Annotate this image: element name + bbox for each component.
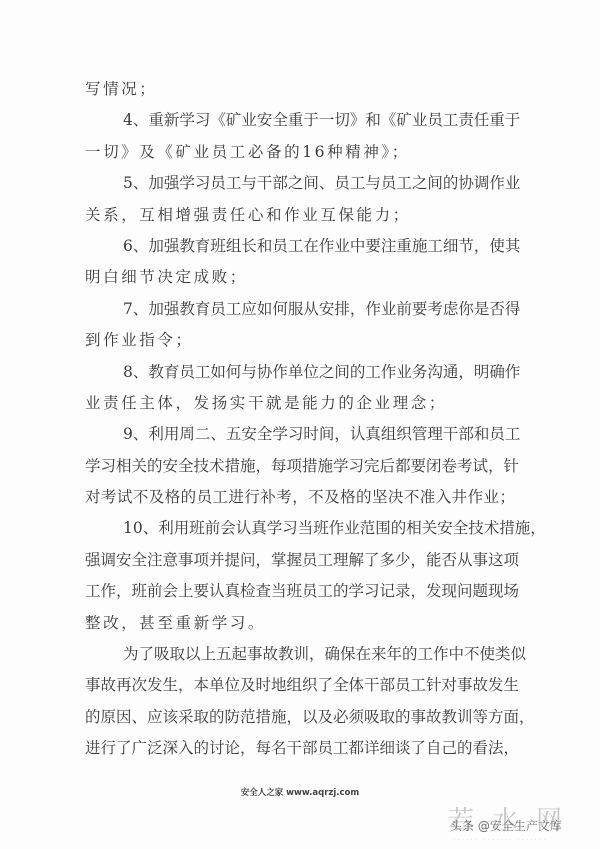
text-line: 强调安全注意事项并提问，掌握员工理解了多少，能否从事这项 (85, 545, 515, 576)
text-line: 8、教育员工如何与协作单位之间的工作业务沟通，明确作 (85, 357, 515, 388)
text-line: 9、利用周二、五安全学习时间，认真组织管理干部和员工 (85, 419, 515, 450)
text-line: 为了吸取以上五起事故教训，确保在来年的工作中不使类似 (85, 639, 515, 670)
watermark: 若水网 头条 @安全生产文库 ······ ······· ······· (440, 800, 600, 849)
text-line: 业责任主体，发扬实干就是能力的企业理念； (85, 388, 515, 419)
text-line: 学习相关的安全技术措施，每项措施学习完后都要闭卷考试，针 (85, 451, 515, 482)
text-line: 关系，互相增强责任心和作业互保能力； (85, 200, 515, 231)
watermark-caption: ······ ······· ······· (454, 837, 548, 842)
watermark-account: 头条 @安全生产文库 (450, 817, 562, 834)
text-line: 整改，甚至重新学习。 (85, 608, 515, 639)
document-body: 写情况；4、重新学习《矿业安全重于一切》和《矿业员工责任重于一切》及《矿业员工必… (85, 74, 515, 765)
text-line: 6、加强教育班组长和员工在作业中要注重施工细节，使其 (85, 231, 515, 262)
document-page: 写情况；4、重新学习《矿业安全重于一切》和《矿业员工责任重于一切》及《矿业员工必… (0, 0, 600, 849)
text-line: 到作业指令； (85, 325, 515, 356)
text-line: 对考试不及格的员工进行补考，不及格的坚决不准入井作业； (85, 482, 515, 513)
footer-source: 安全人之家 www.aqrzj.com (0, 786, 600, 798)
text-line: 10、利用班前会认真学习当班作业范围的相关安全技术措施， (85, 513, 515, 544)
text-line: 一切》及《矿业员工必备的16种精神》； (85, 137, 515, 168)
text-line: 5、加强学习员工与干部之间、员工与员工之间的协调作业 (85, 168, 515, 199)
text-line: 进行了广泛深入的讨论，每名干部员工都详细谈了自己的看法， (85, 733, 515, 764)
text-line: 的原因、应该采取的防范措施，以及必须吸取的事故教训等方面， (85, 702, 515, 733)
text-line: 写情况； (85, 74, 515, 105)
text-line: 事故再次发生，本单位及时地组织了全体干部员工针对事故发生 (85, 670, 515, 701)
text-line: 4、重新学习《矿业安全重于一切》和《矿业员工责任重于 (85, 105, 515, 136)
text-line: 工作，班前会上要认真检查当班员工的学习记录，发现问题现场 (85, 576, 515, 607)
text-line: 7、加强教育员工应如何服从安排，作业前要考虑你是否得 (85, 294, 515, 325)
text-line: 明白细节决定成败； (85, 262, 515, 293)
